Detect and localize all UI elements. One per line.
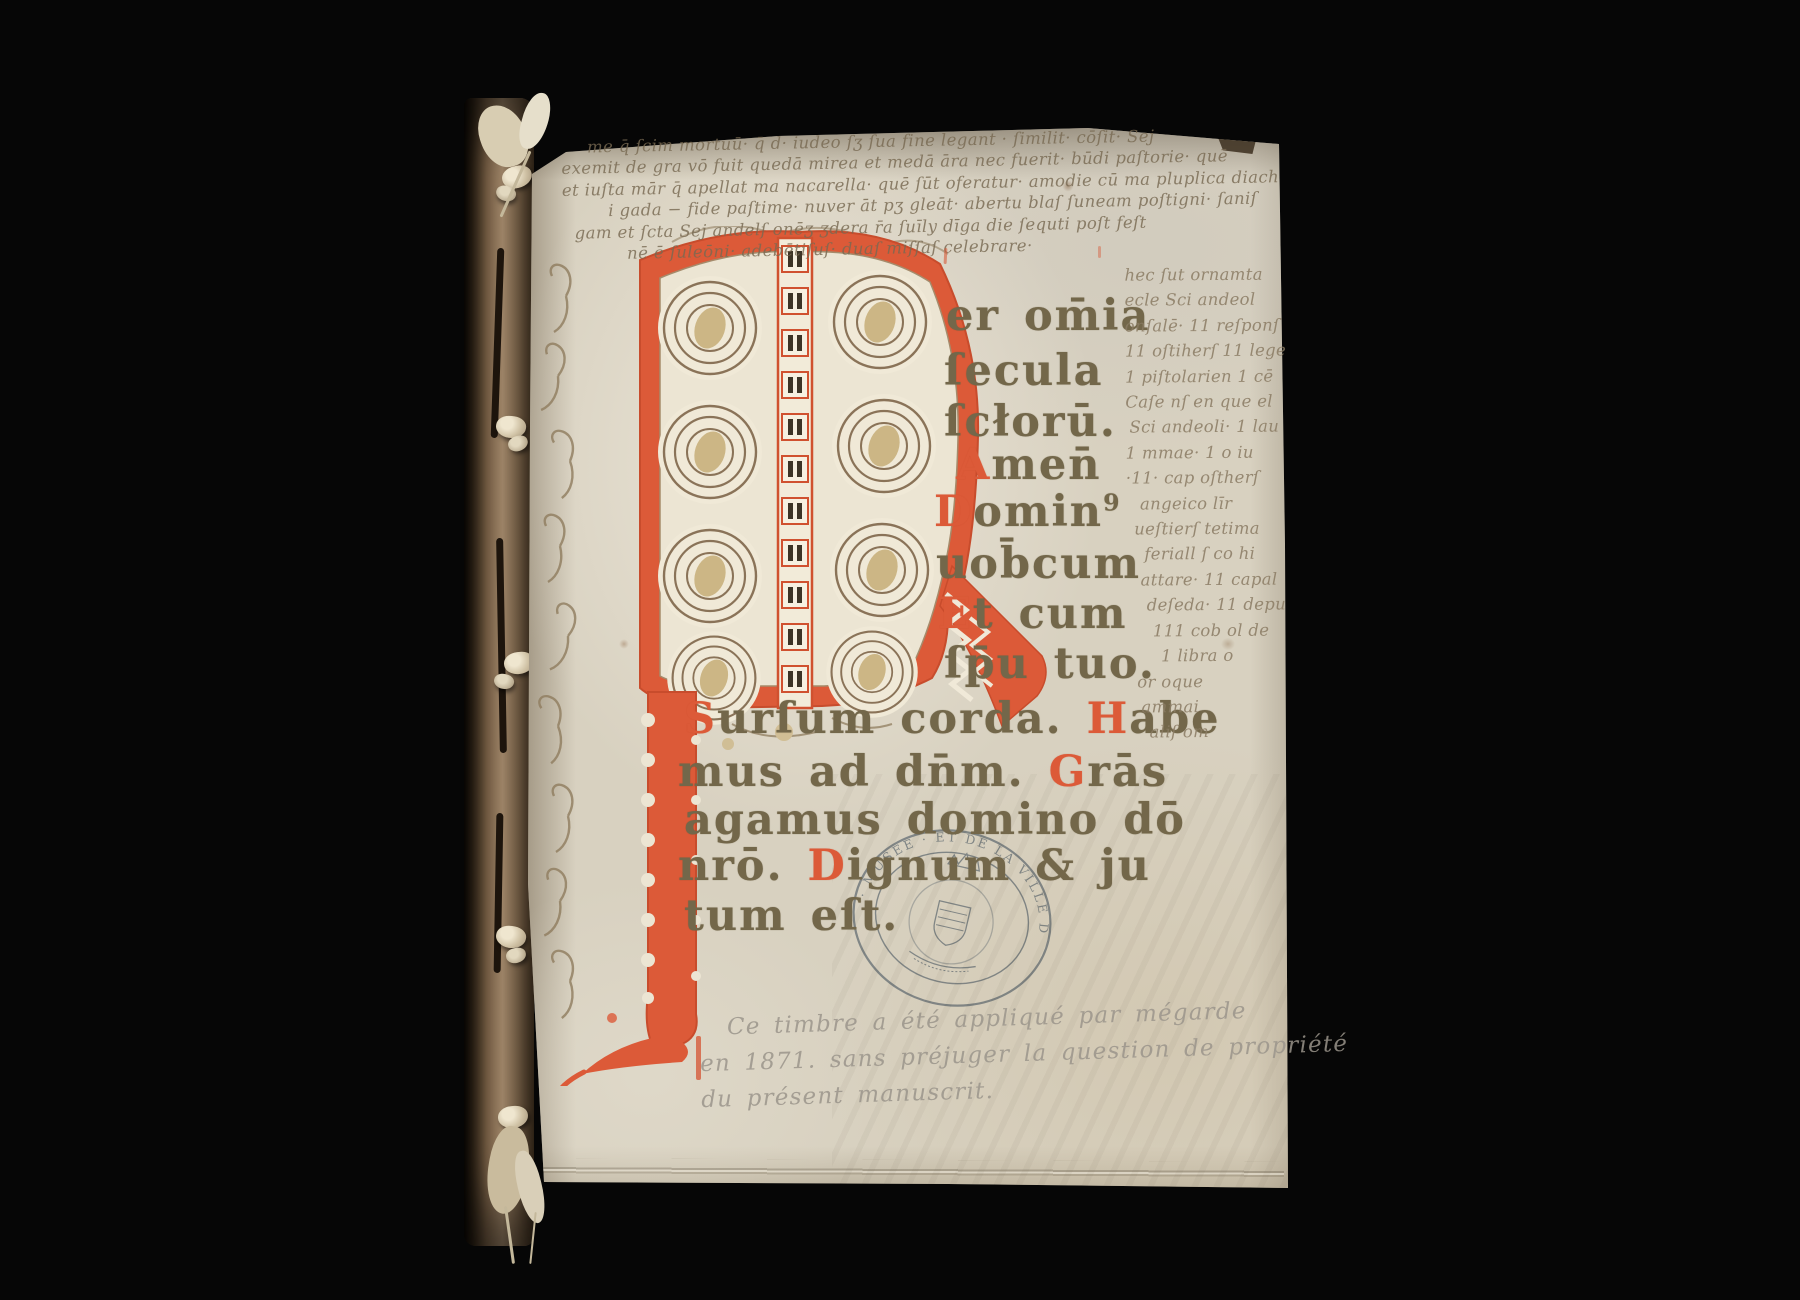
margin-line: 1 libra o (1161, 642, 1299, 668)
margin-line: onſalē· 11 reſponſ (1125, 312, 1297, 339)
penwork-tendrils (722, 718, 892, 750)
spine-crack (494, 813, 504, 973)
margin-line: deſeda· 11 depu (1147, 592, 1299, 618)
leaf-edge-stack (536, 1158, 1284, 1184)
margin-line: hec ſut ornamta (1124, 261, 1296, 288)
initial-stem (554, 692, 701, 1086)
margin-line: attare· 11 capal (1140, 566, 1298, 593)
initial-ladder (778, 238, 812, 708)
spine-crack (496, 538, 507, 753)
margin-line: angeico līr (1140, 490, 1298, 517)
margin-line: 111 cob ol de (1153, 617, 1299, 643)
margin-line: 1 piſtolarien 1 cē (1125, 363, 1297, 390)
margin-line: ·11· cap oſtherſ (1126, 465, 1298, 492)
red-ink-mark (1098, 246, 1101, 258)
margin-line: feriall ſ co hi (1144, 541, 1298, 567)
pencil-note: Ce timbre a été appliqué par mégardeen 1… (698, 994, 1221, 1118)
margin-line: ammai (1141, 693, 1299, 720)
photo-backdrop: · MUSÉE · ET DE LA VILLE D'EMBRUN me q̄ … (0, 0, 1800, 1300)
red-ink-mark (696, 1036, 701, 1080)
top-annotations: me q̄ ſcim mortuū· q̄ d· iudeo ſʒ ſua fi… (561, 123, 1287, 265)
margin-line: 1 mmae· 1 o iu (1126, 439, 1298, 466)
margin-line: 11 oſtiherſ 11 lege (1125, 338, 1297, 365)
red-ink-dot (607, 1013, 617, 1023)
spine-crack (491, 248, 505, 438)
margin-line: Sci andeoli· 1 lau (1129, 414, 1297, 441)
margin-line: Caſe nſ en que el (1125, 388, 1297, 415)
margin-line: ecle Sci andeol (1124, 287, 1296, 314)
margin-notes: hec ſut ornamtaecle Sci andeolonſalē· 11… (1124, 261, 1299, 745)
library-stamp: · MUSÉE · ET DE LA VILLE D'EMBRUN (840, 818, 1064, 1022)
margin-line: ueſtierſ tetima (1134, 515, 1298, 542)
margin-line: aliſ om (1150, 719, 1300, 745)
margin-line: or oque (1137, 668, 1299, 695)
